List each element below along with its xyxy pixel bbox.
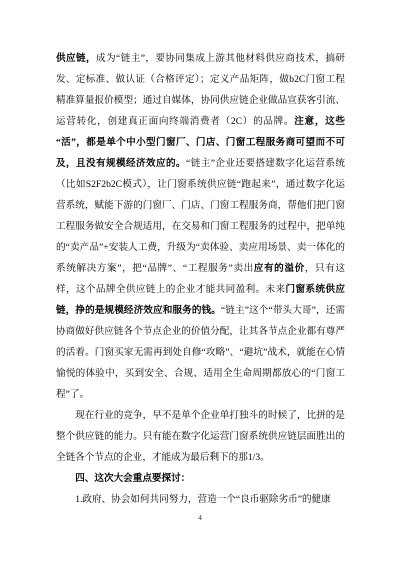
page-number: 4 <box>198 513 202 522</box>
paragraph: 现在行业的竞争，早不是单个企业单打独斗的时候了，比拼的是整个供应链的能力。只有能… <box>56 405 345 468</box>
bold-text-run: 应有的溢价 <box>254 263 305 274</box>
document-page: 供应链，成为“链主”，要协同集成上游其他材料供应商技术，搞研发、定标准、做认证（… <box>0 0 400 566</box>
bold-text-run: 四、这次大会重点要探讨： <box>75 473 190 484</box>
bold-text-run: 供应链， <box>56 53 96 64</box>
document-body: 供应链，成为“链主”，要协同集成上游其他材料供应商技术，搞研发、定标准、做认证（… <box>56 48 345 510</box>
paragraph: 供应链，成为“链主”，要协同集成上游其他材料供应商技术，搞研发、定标准、做认证（… <box>56 48 345 405</box>
text-run: 1.政府、协会如何共同努力，营造一个“良币驱除劣币”的健康 <box>75 494 331 505</box>
text-run: “链主”企业还要搭建数字化运营系统（比如S2F2b2C模式），让门窗系统供应链“… <box>56 158 345 274</box>
text-run: 现在行业的竞争，早不是单个企业单打独斗的时候了，比拼的是整个供应链的能力。只有能… <box>56 410 345 463</box>
paragraph: 四、这次大会重点要探讨： <box>56 468 345 489</box>
text-run: “链主”这个“带头大哥”，还需协商做好供应链各个节点企业的价值分配，让其各节点企… <box>56 305 345 400</box>
page-footer: 4 <box>0 512 400 524</box>
paragraph: 1.政府、协会如何共同努力，营造一个“良币驱除劣币”的健康 <box>56 489 345 510</box>
